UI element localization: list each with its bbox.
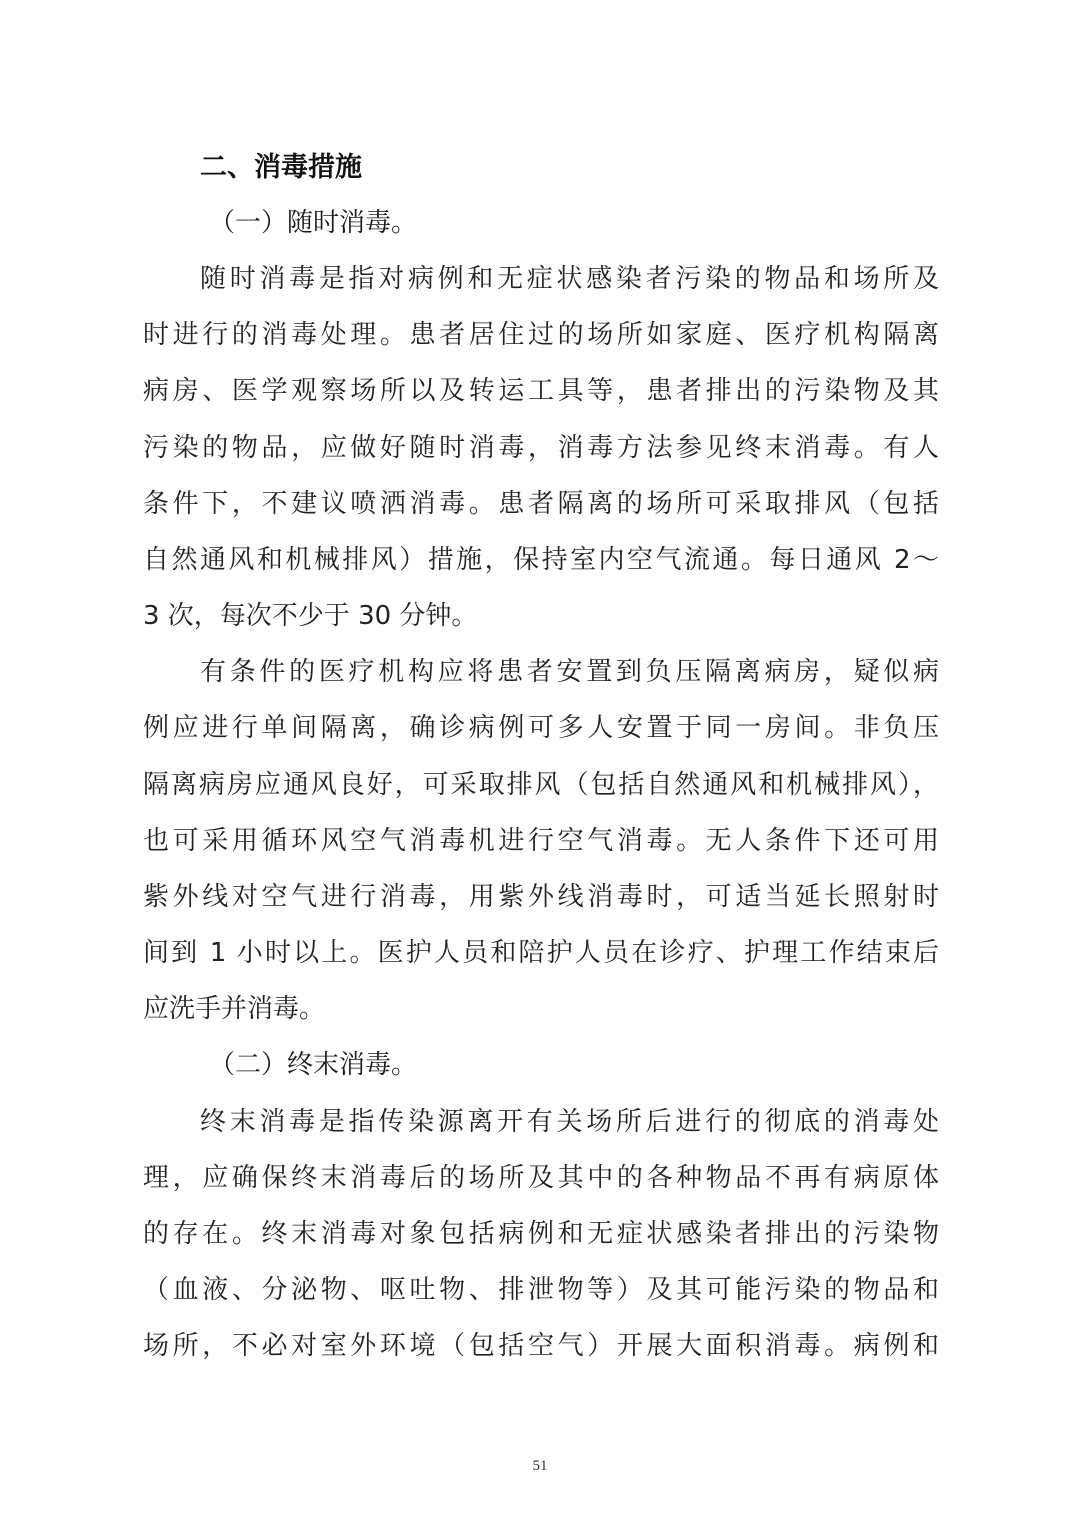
- paragraph-line: 理，应确保终末消毒后的场所及其中的各种物品不再有病原体: [143, 1150, 939, 1206]
- paragraph-line: 也可采用循环风空气消毒机进行空气消毒。无人条件下还可用: [143, 813, 939, 869]
- paragraph-line: 场所，不必对室外环境（包括空气）开展大面积消毒。病例和: [143, 1318, 939, 1374]
- paragraph-line: 病房、医学观察场所以及转运工具等，患者排出的污染物及其: [143, 363, 939, 419]
- paragraph-line: 时进行的消毒处理。患者居住过的场所如家庭、医疗机构隔离: [143, 307, 939, 363]
- paragraph-line: （血液、分泌物、呕吐物、排泄物等）及其可能污染的物品和: [143, 1262, 939, 1318]
- paragraph-line: 条件下，不建议喷洒消毒。患者隔离的场所可采取排风（包括: [143, 476, 939, 532]
- paragraph-line: 紫外线对空气进行消毒，用紫外线消毒时，可适当延长照射时: [143, 869, 939, 925]
- subsection-title-2: （二）终末消毒。: [209, 1037, 417, 1093]
- paragraph-line: 污染的物品，应做好随时消毒，消毒方法参见终末消毒。有人: [143, 420, 939, 476]
- paragraph-line: 隔离病房应通风良好，可采取排风（包括自然通风和机械排风），: [143, 757, 939, 813]
- paragraph-line: 自然通风和机械排风）措施，保持室内空气流通。每日通风 2～: [143, 532, 939, 588]
- paragraph-line: 例应进行单间隔离，确诊病例可多人安置于同一房间。非负压: [143, 700, 939, 756]
- document-page: 二、消毒措施 （一）随时消毒。 随时消毒是指对病例和无症状感染者污染的物品和场所…: [0, 0, 1080, 1526]
- paragraph-line: 终末消毒是指传染源离开有关场所后进行的彻底的消毒处: [200, 1094, 939, 1150]
- paragraph-line: 的存在。终末消毒对象包括病例和无症状感染者排出的污染物: [143, 1206, 939, 1262]
- paragraph-line: 应洗手并消毒。: [143, 981, 325, 1037]
- paragraph-line: 随时消毒是指对病例和无症状感染者污染的物品和场所及: [200, 251, 939, 307]
- subsection-title-1: （一）随时消毒。: [209, 195, 417, 251]
- section-heading: 二、消毒措施: [200, 140, 362, 196]
- paragraph-line: 有条件的医疗机构应将患者安置到负压隔离病房，疑似病: [200, 644, 939, 700]
- paragraph-line: 3 次，每次不少于 30 分钟。: [143, 588, 477, 644]
- paragraph-line: 间到 1 小时以上。医护人员和陪护人员在诊疗、护理工作结束后: [143, 925, 939, 981]
- page-number: 51: [0, 1458, 1080, 1475]
